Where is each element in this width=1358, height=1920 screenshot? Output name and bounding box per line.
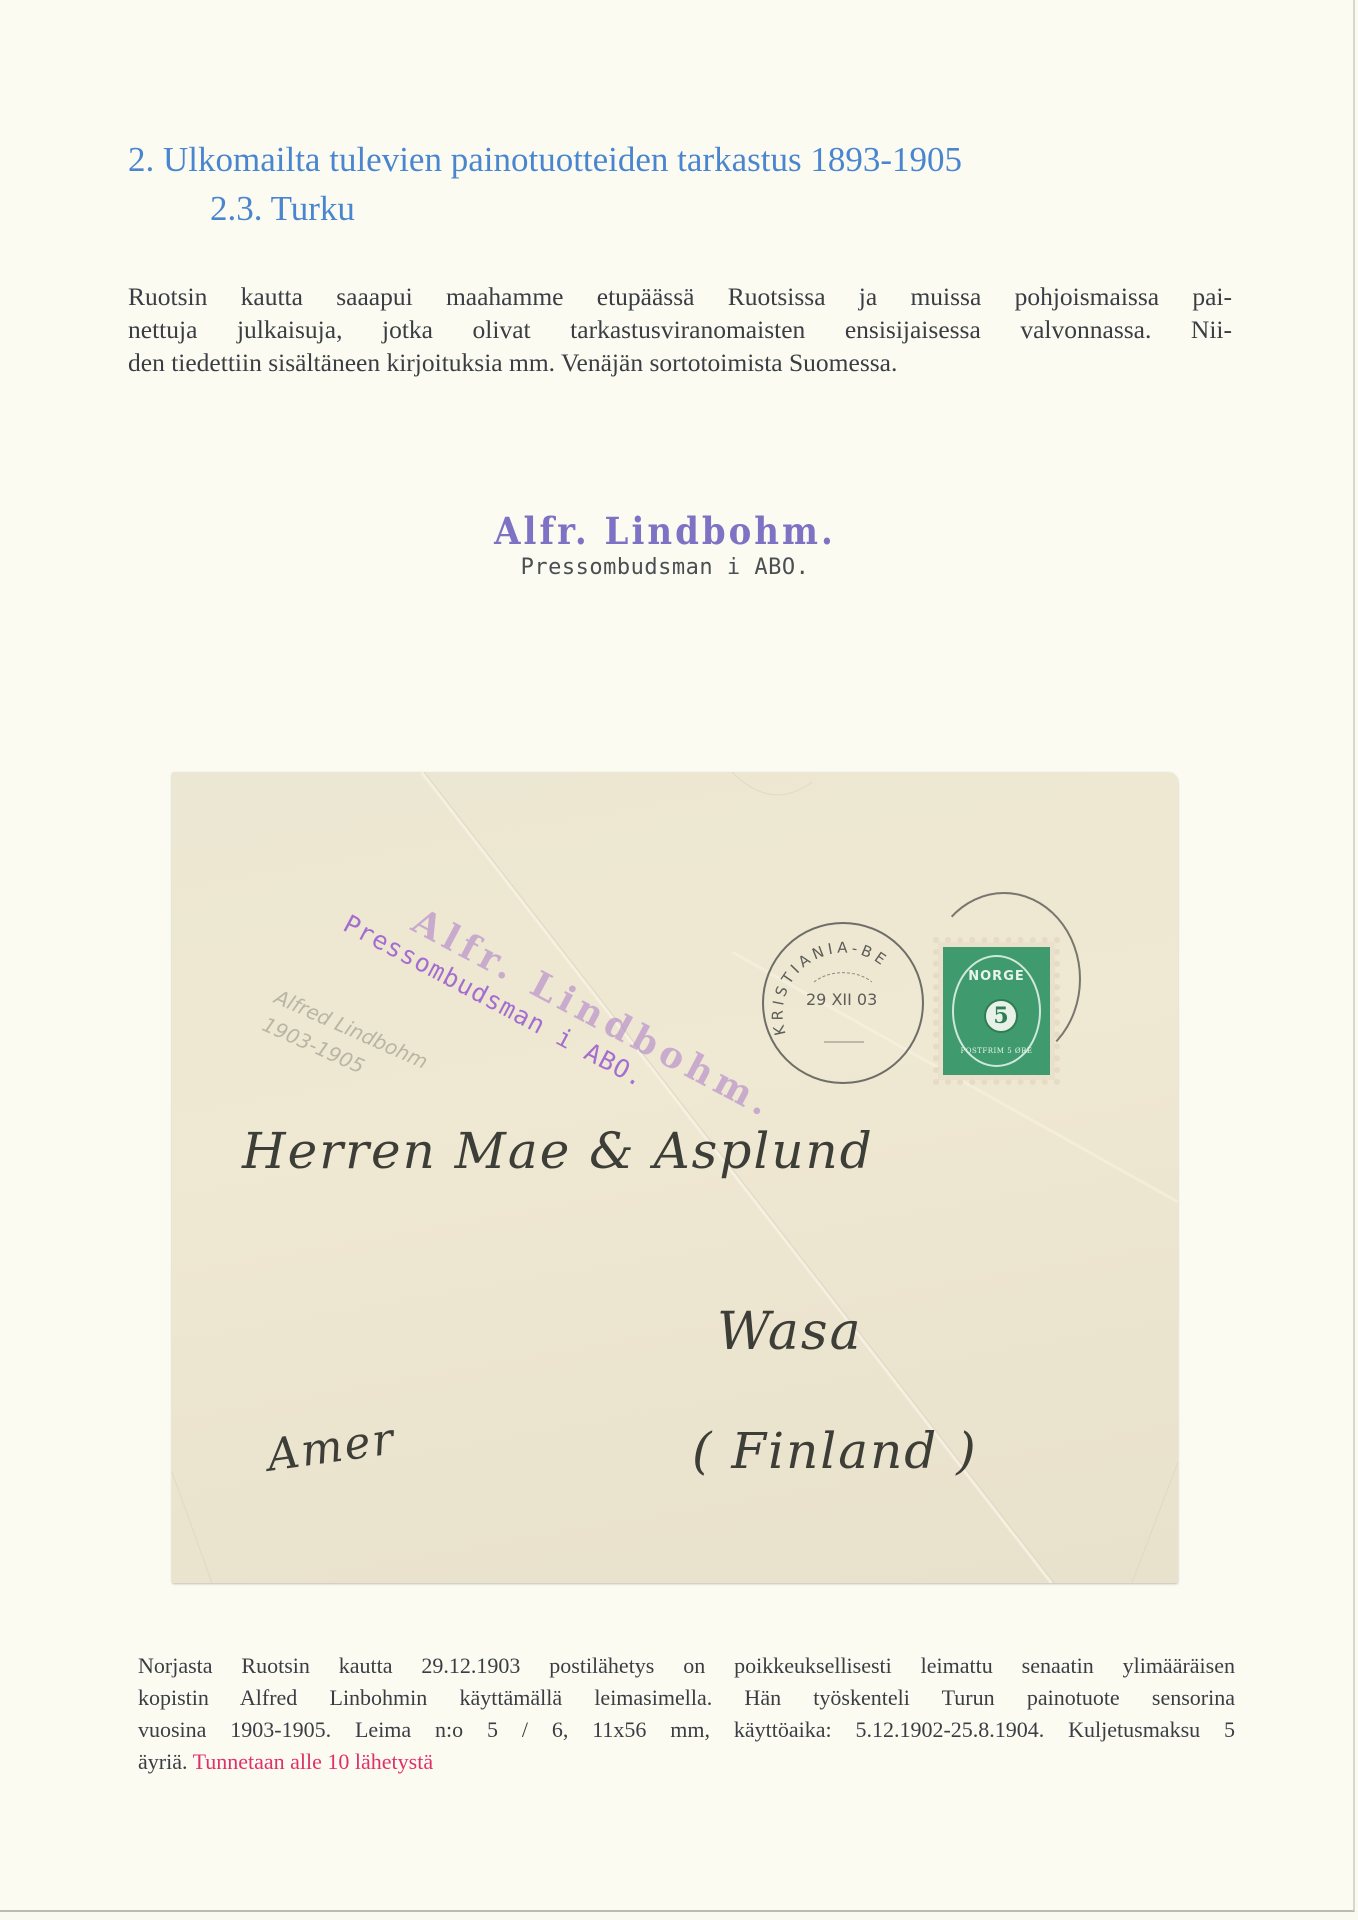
stamp-cancel-arc (927, 892, 1081, 1066)
pencil-annotation: Alfred Lindbohm 1903-1905 (258, 982, 433, 1104)
postmark-ring: KRISTIANIA-BE (769, 939, 893, 1038)
cachet-sample-name: Alfr. Lindbohm. (450, 508, 880, 556)
caption-line: kopistin Alfred Linbohmin käyttämällä le… (138, 1682, 1235, 1714)
caption-line: Norjasta Ruotsin kautta 29.12.1903 posti… (138, 1650, 1235, 1682)
caption-prefix: äyriä. (138, 1749, 187, 1774)
address-recipient: Herren Mae & Asplund (242, 1122, 874, 1180)
intro-line: den tiedettiin sisältäneen kirjoituksia … (128, 346, 1232, 379)
intro-line: Ruotsin kautta saaapui maahamme etupääss… (128, 280, 1232, 313)
envelope-cachet-name: Alfr. Lindbohm. (405, 900, 782, 1127)
cachet-sample-title: Pressombudsman i ABO. (450, 554, 880, 582)
caption-paragraph: Norjasta Ruotsin kautta 29.12.1903 posti… (138, 1650, 1235, 1778)
address-left-note: Amer (264, 1413, 398, 1481)
cachet-sample-impression: Alfr. Lindbohm. Pressombudsman i ABO. (450, 510, 880, 600)
caption-line-last: äyriä. Tunnetaan alle 10 lähetystä (138, 1746, 1235, 1778)
page-title: 2. Ulkomailta tulevien painotuotteiden t… (128, 136, 962, 184)
envelope-cover: Alfred Lindbohm 1903-1905 Alfr. Lindbohm… (172, 772, 1178, 1583)
postmark-date: 29 XII 03 (806, 990, 877, 1009)
envelope-cachet: Alfr. Lindbohm. Pressombudsman i ABO. (339, 872, 782, 1153)
intro-paragraph: Ruotsin kautta saaapui maahamme etupääss… (128, 280, 1232, 379)
rarity-note: Tunnetaan alle 10 lähetystä (193, 1749, 434, 1774)
address-city: Wasa (717, 1302, 863, 1362)
page-subtitle: 2.3. Turku (210, 185, 355, 233)
intro-line: nettuja julkaisuja, jotka olivat tarkast… (128, 313, 1232, 346)
svg-text:KRISTIANIA-BE: KRISTIANIA-BE (769, 939, 893, 1038)
envelope-cachet-title: Pressombudsman i ABO. (339, 909, 762, 1153)
album-page: 2. Ulkomailta tulevien painotuotteiden t… (0, 0, 1355, 1912)
kristiania-postmark: KRISTIANIA-BE 29 XII 03 (762, 922, 924, 1084)
address-country: ( Finland ) (692, 1422, 978, 1480)
caption-line: vuosina 1903-1905. Leima n:o 5 / 6, 11x5… (138, 1714, 1235, 1746)
